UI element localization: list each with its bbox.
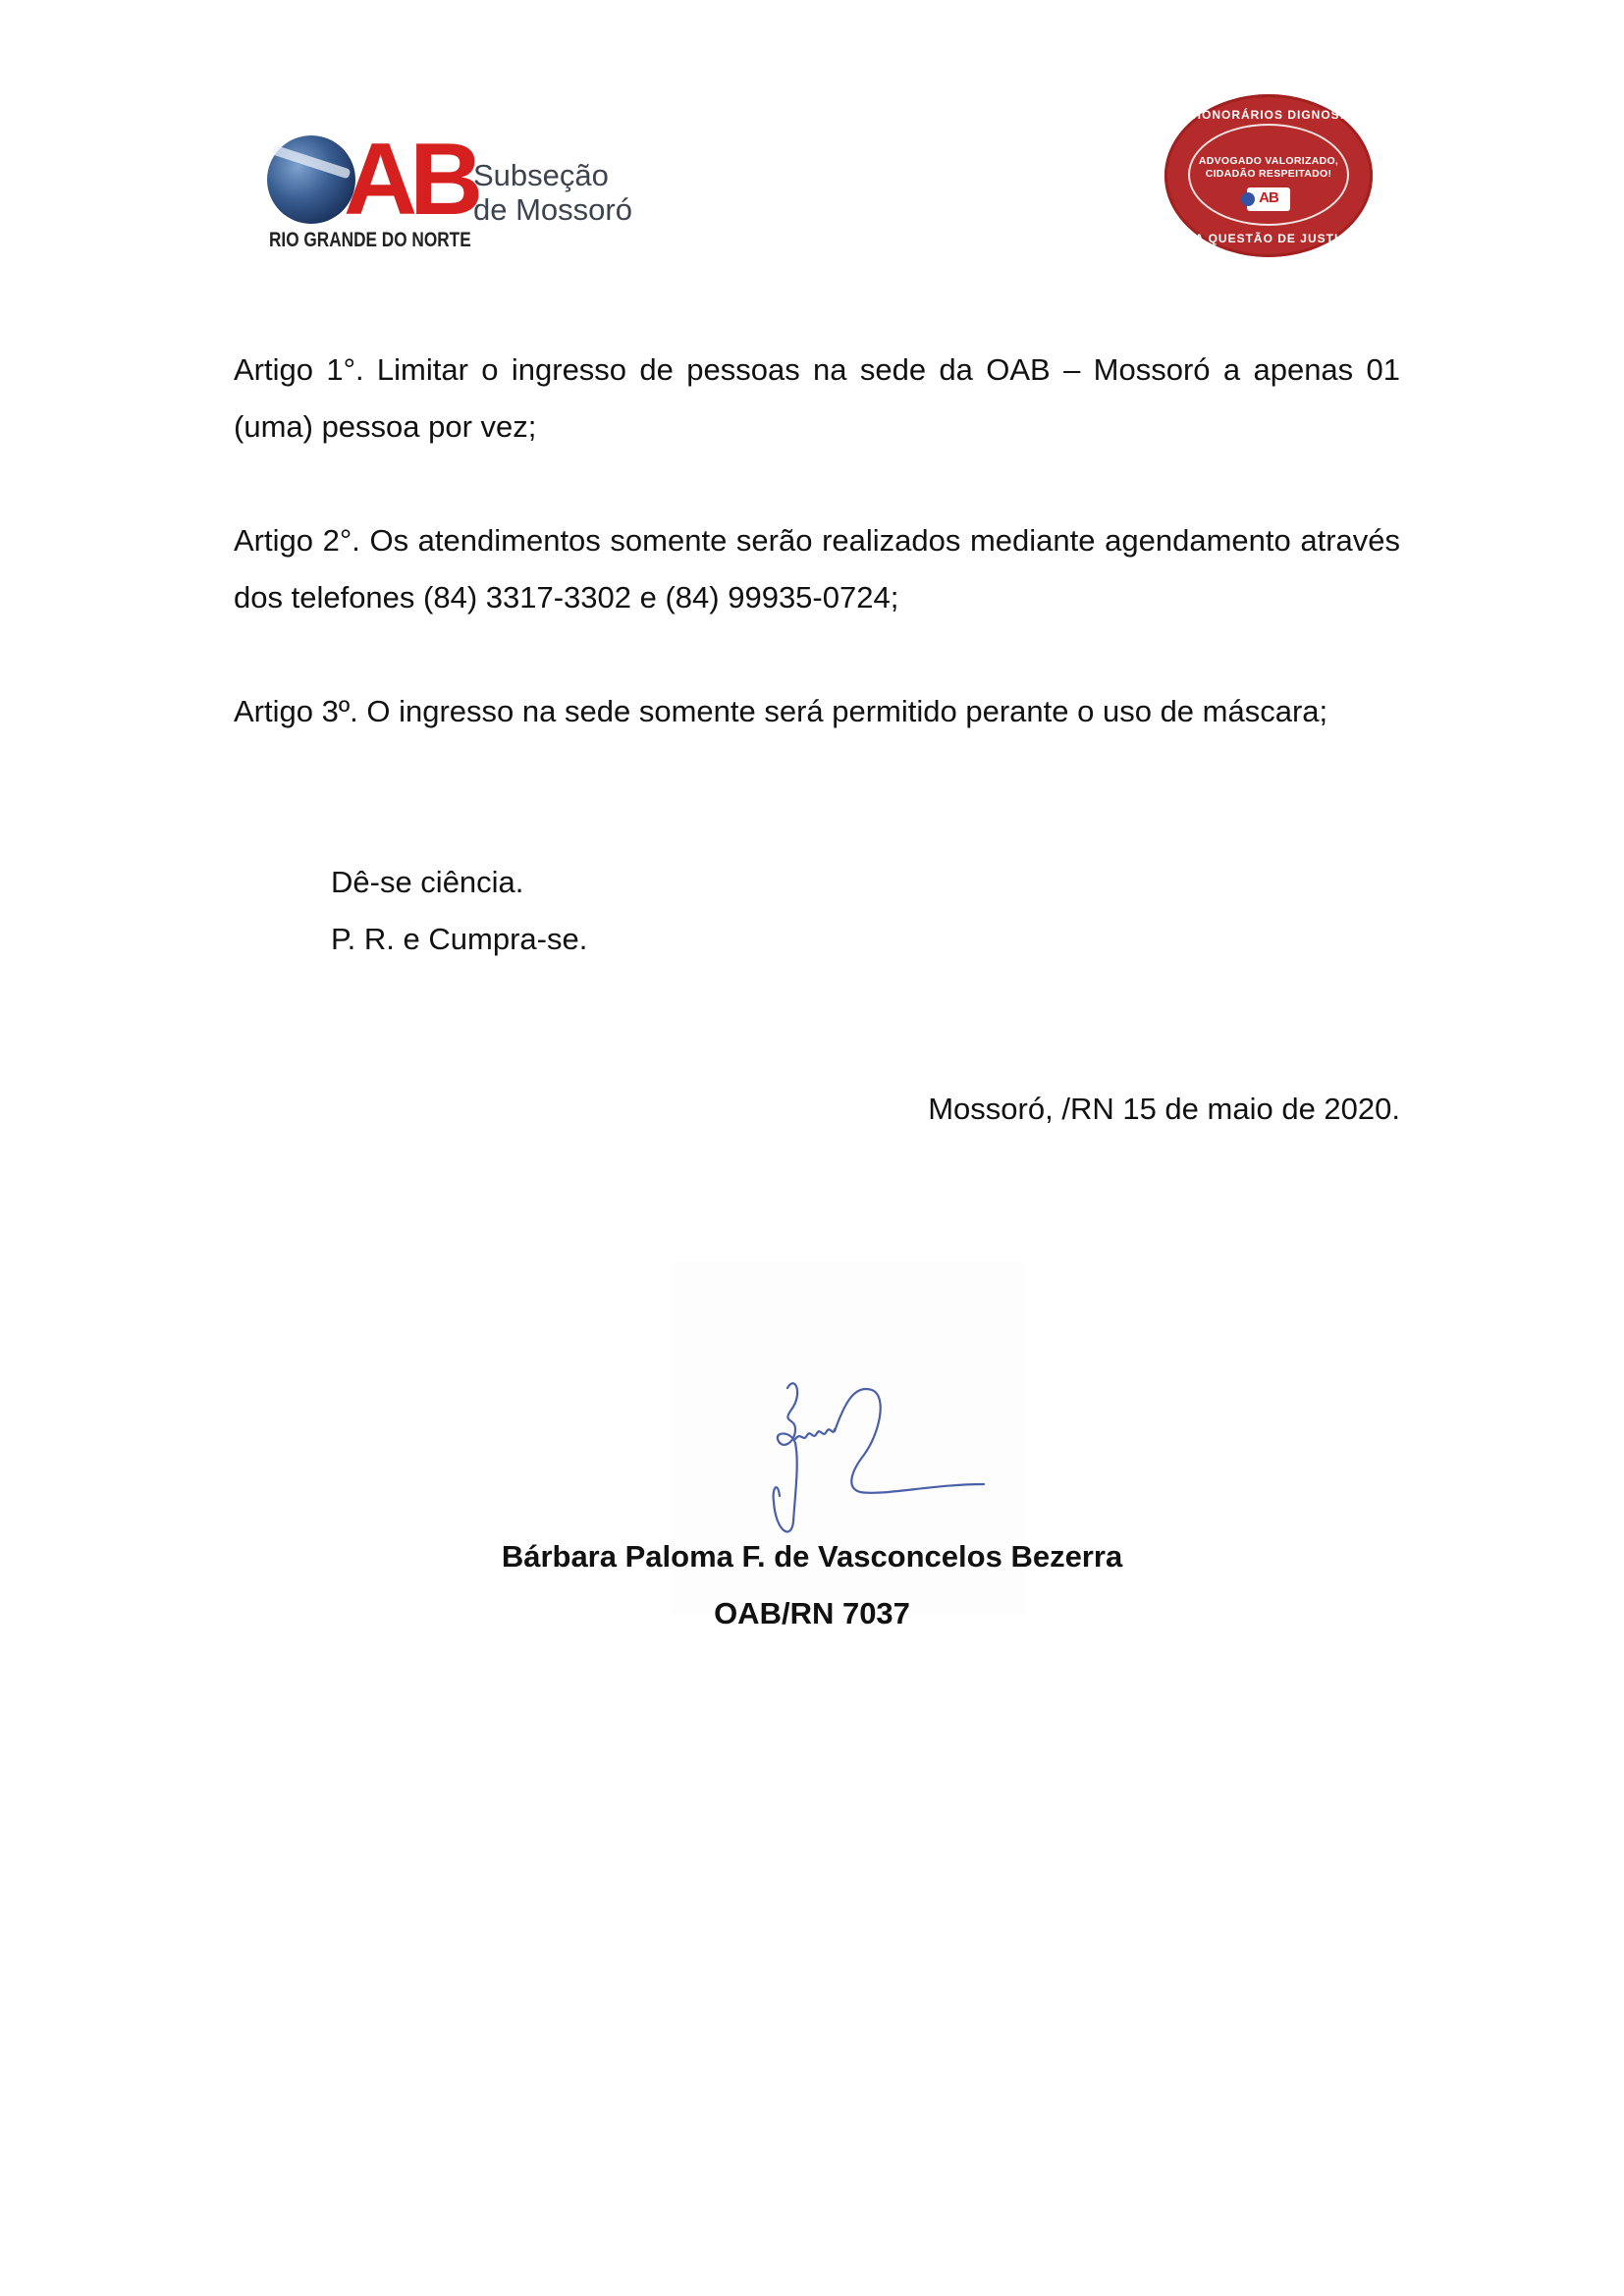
closing-block: Dê-se ciência. P. R. e Cumpra-se.	[331, 854, 587, 968]
article-3: Artigo 3º. O ingresso na sede somente se…	[234, 683, 1400, 740]
seal-slogan-line2: CIDADÃO RESPEITADO!	[1164, 168, 1373, 181]
signer-name: Bárbara Paloma F. de Vasconcelos Bezerra	[0, 1539, 1624, 1575]
seal-oab-mark: AB	[1247, 187, 1290, 211]
globe-icon	[267, 135, 355, 224]
place-and-date: Mossoró, /RN 15 de maio de 2020.	[928, 1081, 1400, 1138]
logo-subtitle-line1: Subseção	[473, 158, 632, 192]
seal-bottom-text: UMA QUESTÃO DE JUSTIÇA!	[1164, 232, 1373, 245]
article-1: Artigo 1°. Limitar o ingresso de pessoas…	[234, 342, 1400, 455]
closing-line-2: P. R. e Cumpra-se.	[331, 911, 587, 968]
logo-subtitle: Subseção de Mossoró	[473, 158, 632, 227]
oab-subsecao-logo: AB RIO GRANDE DO NORTE Subseção de Mosso…	[263, 131, 636, 258]
logo-subtitle-line2: de Mossoró	[473, 192, 632, 227]
honorarios-dignos-seal: HONORÁRIOS DIGNOS: ADVOGADO VALORIZADO, …	[1164, 94, 1373, 257]
closing-line-1: Dê-se ciência.	[331, 854, 587, 911]
signer-registration: OAB/RN 7037	[0, 1596, 1624, 1631]
seal-slogan: ADVOGADO VALORIZADO, CIDADÃO RESPEITADO!	[1164, 155, 1373, 181]
logo-region-text: RIO GRANDE DO NORTE	[269, 229, 471, 252]
article-2: Artigo 2°. Os atendimentos somente serão…	[234, 512, 1400, 626]
document-page: AB RIO GRANDE DO NORTE Subseção de Mosso…	[0, 0, 1624, 2296]
oab-wordmark: AB	[344, 131, 475, 229]
seal-top-text: HONORÁRIOS DIGNOS:	[1164, 108, 1373, 122]
seal-slogan-line1: ADVOGADO VALORIZADO,	[1164, 155, 1373, 168]
handwritten-signature	[756, 1374, 1011, 1541]
